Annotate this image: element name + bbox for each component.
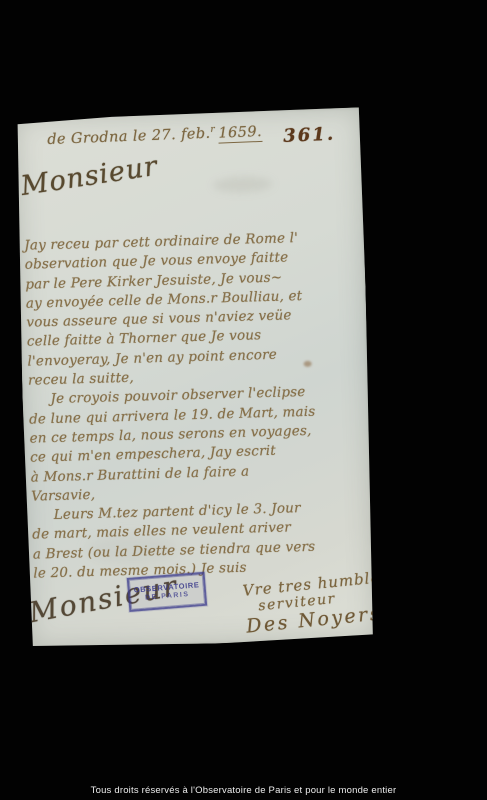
copyright-caption: Tous droits réservés à l'Observatoire de… [0,785,487,796]
salutation: Monsieur [19,151,160,202]
paper-smudge [212,176,272,194]
dateline-place-date: de Grodna le 27. feb. [47,126,211,148]
dateline: de Grodna le 27. feb.r 1659. [47,123,262,148]
observatoire-de-paris-stamp: OBSERVATOIRE DE PARIS [127,572,207,612]
folio-number: 361. [283,124,336,147]
photo-frame: de Grodna le 27. feb.r 1659. 361. Monsie… [0,0,487,800]
manuscript-page: de Grodna le 27. feb.r 1659. 361. Monsie… [15,107,376,648]
signature-block: Vre tres humble serviteur Des Noyers. [242,568,391,638]
letter-body: Jay receu par cett ordinaire de Rome l' … [24,227,366,583]
dateline-superscript: r [210,125,215,135]
dateline-year: 1659. [218,124,262,144]
